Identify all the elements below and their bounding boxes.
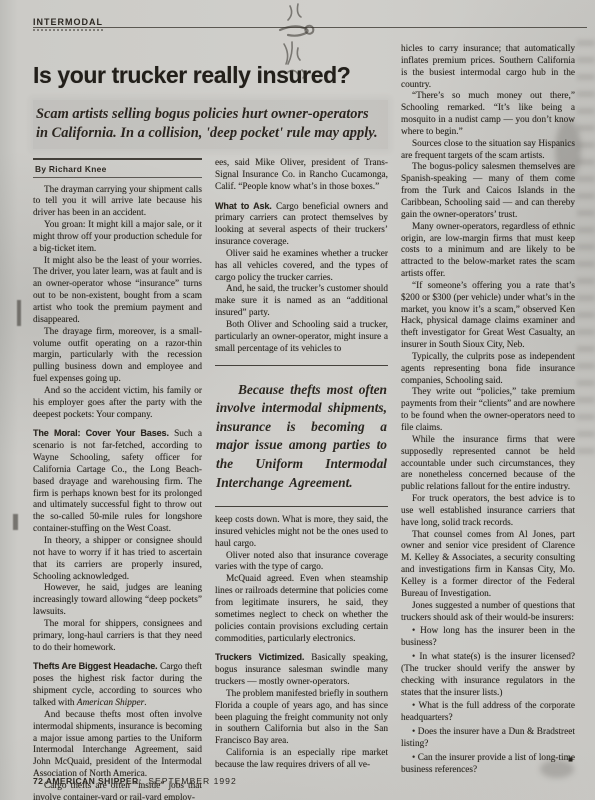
scan-mark bbox=[13, 514, 18, 530]
column-1-body: The drayman carrying your shipment calls… bbox=[33, 185, 202, 800]
text-segment: The problem manifested briefly in southe… bbox=[215, 689, 388, 746]
text-segment: However, he said, judges are leaning inc… bbox=[33, 583, 202, 617]
section-label: INTERMODAL bbox=[33, 17, 103, 31]
text-segment: The moral for shippers, consignees and p… bbox=[33, 619, 202, 653]
article-paragraph: Truckers Victimized. Basically speaking,… bbox=[215, 652, 388, 689]
text-segment: In theory, a shipper or consignee should… bbox=[33, 536, 202, 582]
text-segment: Typically, the culprits pose as independ… bbox=[401, 352, 575, 386]
article-paragraph: The Moral: Cover Your Bases. Such a scen… bbox=[33, 428, 202, 536]
column-2-body-top: ees, said Mike Oliver, president of Tran… bbox=[215, 158, 388, 356]
text-segment: The bogus-policy salesmen themselves are… bbox=[401, 162, 575, 219]
article-left-region: Is your trucker really insured? Scam art… bbox=[33, 42, 388, 766]
article-paragraph: It might also be the least of your worri… bbox=[33, 256, 202, 327]
article-paragraph: Both Oliver and Schooling said a trucker… bbox=[215, 320, 388, 356]
text-segment: Both Oliver and Schooling said a trucker… bbox=[215, 320, 388, 354]
article-paragraph: Oliver said he examines whether a trucke… bbox=[215, 249, 388, 285]
article-column-2: ees, said Mike Oliver, president of Tran… bbox=[215, 158, 388, 800]
text-segment: . bbox=[144, 698, 146, 708]
section-lead-in: Truckers Victimized. bbox=[215, 652, 311, 662]
text-segment: • In what state(s) is the insurer licens… bbox=[401, 652, 575, 698]
text-segment: The drayage firm, moreover, is a small-v… bbox=[33, 327, 202, 384]
text-segment: Oliver said he examines whether a trucke… bbox=[215, 249, 388, 283]
text-segment: McQuaid agreed. Even when steamship line… bbox=[215, 574, 388, 643]
text-segment: And so the accident victim, his family o… bbox=[33, 386, 202, 420]
article-paragraph: California is an especially ripe market … bbox=[215, 748, 388, 772]
article-paragraph: • How long has the insurer been in the b… bbox=[401, 626, 575, 650]
issue-date: SEPTEMBER 1992 bbox=[148, 776, 237, 786]
text-segment: It might also be the least of your worri… bbox=[33, 256, 202, 325]
text-segment: Many owner-operators, regardless of ethn… bbox=[401, 222, 575, 279]
article-paragraph: ees, said Mike Oliver, president of Tran… bbox=[215, 158, 388, 194]
column-2-body-bottom: keep costs down. What is more, they said… bbox=[215, 515, 388, 772]
header-rule bbox=[33, 27, 587, 28]
article-paragraph: McQuaid agreed. Even when steamship line… bbox=[215, 574, 388, 645]
scan-noise-right-edge bbox=[577, 40, 595, 460]
article-paragraph: • Does the insurer have a Dun & Bradstre… bbox=[401, 727, 575, 751]
section-lead-in: Thefts Are Biggest Headache. bbox=[33, 661, 160, 671]
article-paragraph: You groan: It might kill a major sale, o… bbox=[33, 220, 202, 256]
article: Is your trucker really insured? Scam art… bbox=[33, 42, 575, 766]
article-paragraph: Jones suggested a number of questions th… bbox=[401, 601, 575, 625]
text-segment: That counsel comes from Al Jones, part o… bbox=[401, 530, 575, 599]
text-segment: “If someone’s offering you a rate that’s… bbox=[401, 281, 575, 350]
text-segment: Such a scenario is not far-fetched, acco… bbox=[33, 429, 202, 534]
text-segment: And because thefts most often involve in… bbox=[33, 710, 202, 779]
article-paragraph: They write out “policies,” take premium … bbox=[401, 387, 575, 434]
article-columns: By Richard Knee The drayman carrying you… bbox=[33, 158, 388, 800]
article-paragraph: And, he said, the trucker’s customer sho… bbox=[215, 284, 388, 320]
text-segment: “There’s so much money out there,” Schoo… bbox=[401, 91, 575, 137]
text-segment: California is an especially ripe market … bbox=[215, 748, 388, 770]
article-paragraph: • What is the full address of the corpor… bbox=[401, 701, 575, 725]
page-footer: 72 AMERICAN SHIPPER: SEPTEMBER 1992 bbox=[33, 776, 237, 786]
article-paragraph: Thefts Are Biggest Headache. Cargo theft… bbox=[33, 661, 202, 709]
text-segment: For truck operators, the best advice is … bbox=[401, 494, 575, 528]
article-paragraph: Sources close to the situation say Hispa… bbox=[401, 139, 575, 163]
text-segment: American Shipper bbox=[77, 698, 144, 708]
section-lead-in: The Moral: Cover Your Bases. bbox=[33, 428, 174, 438]
article-title: Is your trucker really insured? bbox=[33, 62, 388, 89]
article-paragraph: • In what state(s) is the insurer licens… bbox=[401, 652, 575, 699]
article-paragraph: And so the accident victim, his family o… bbox=[33, 386, 202, 422]
article-paragraph: hicles to carry insurance; that automati… bbox=[401, 44, 575, 91]
text-segment: Oliver noted also that insurance coverag… bbox=[215, 551, 388, 573]
article-paragraph: While the insurance firms that were supp… bbox=[401, 435, 575, 494]
magazine-name: AMERICAN SHIPPER: bbox=[46, 776, 142, 786]
text-segment: keep costs down. What is more, they said… bbox=[215, 515, 388, 549]
article-paragraph: And because thefts most often involve in… bbox=[33, 710, 202, 781]
article-column-3: hicles to carry insurance; that automati… bbox=[401, 42, 575, 766]
byline: By Richard Knee bbox=[33, 158, 202, 178]
article-paragraph: For truck operators, the best advice is … bbox=[401, 494, 575, 530]
article-paragraph: What to Ask. Cargo beneficial owners and… bbox=[215, 201, 388, 249]
text-segment: And, he said, the trucker’s customer sho… bbox=[215, 284, 388, 318]
text-segment: Jones suggested a number of questions th… bbox=[401, 601, 575, 623]
article-standfirst: Scam artists selling bogus policies hurt… bbox=[33, 100, 388, 149]
text-segment: • Can the insurer provide a list of long… bbox=[401, 753, 575, 775]
article-paragraph: That counsel comes from Al Jones, part o… bbox=[401, 530, 575, 601]
text-segment: • What is the full address of the corpor… bbox=[401, 701, 575, 723]
article-paragraph: The moral for shippers, consignees and p… bbox=[33, 619, 202, 655]
article-paragraph: keep costs down. What is more, they said… bbox=[215, 515, 388, 551]
article-paragraph: “There’s so much money out there,” Schoo… bbox=[401, 91, 575, 138]
magazine-page: INTERMODAL Is your trucker really insure… bbox=[0, 0, 595, 800]
text-segment: While the insurance firms that were supp… bbox=[401, 435, 575, 492]
article-paragraph: The drayman carrying your shipment calls… bbox=[33, 185, 202, 221]
page-header: INTERMODAL bbox=[33, 12, 587, 31]
article-paragraph: Many owner-operators, regardless of ethn… bbox=[401, 222, 575, 281]
end-of-article-mark: ■ bbox=[557, 754, 573, 766]
text-segment: You groan: It might kill a major sale, o… bbox=[33, 220, 202, 254]
article-paragraph: • Can the insurer provide a list of long… bbox=[401, 753, 575, 777]
text-segment: hicles to carry insurance; that automati… bbox=[401, 44, 575, 90]
article-paragraph: The problem manifested briefly in southe… bbox=[215, 689, 388, 748]
text-segment: ees, said Mike Oliver, president of Tran… bbox=[215, 158, 388, 192]
article-column-1: By Richard Knee The drayman carrying you… bbox=[33, 158, 202, 800]
text-segment: They write out “policies,” take premium … bbox=[401, 387, 575, 433]
text-segment: • How long has the insurer been in the b… bbox=[401, 626, 575, 648]
article-paragraph: The drayage firm, moreover, is a small-v… bbox=[33, 327, 202, 386]
page-number: 72 bbox=[33, 776, 43, 786]
article-paragraph: Typically, the culprits pose as independ… bbox=[401, 352, 575, 388]
text-segment: Sources close to the situation say Hispa… bbox=[401, 139, 575, 161]
text-segment: The drayman carrying your shipment calls… bbox=[33, 185, 202, 219]
article-paragraph: In theory, a shipper or consignee should… bbox=[33, 536, 202, 583]
pull-quote: Because thefts most often involve interm… bbox=[215, 365, 388, 508]
scan-mark bbox=[17, 300, 21, 326]
article-paragraph: Oliver noted also that insurance coverag… bbox=[215, 551, 388, 575]
section-lead-in: What to Ask. bbox=[215, 201, 276, 211]
article-paragraph: “If someone’s offering you a rate that’s… bbox=[401, 281, 575, 352]
column-3-body: hicles to carry insurance; that automati… bbox=[401, 44, 575, 776]
article-paragraph: The bogus-policy salesmen themselves are… bbox=[401, 162, 575, 221]
article-paragraph: However, he said, judges are leaning inc… bbox=[33, 583, 202, 619]
text-segment: • Does the insurer have a Dun & Bradstre… bbox=[401, 727, 575, 749]
